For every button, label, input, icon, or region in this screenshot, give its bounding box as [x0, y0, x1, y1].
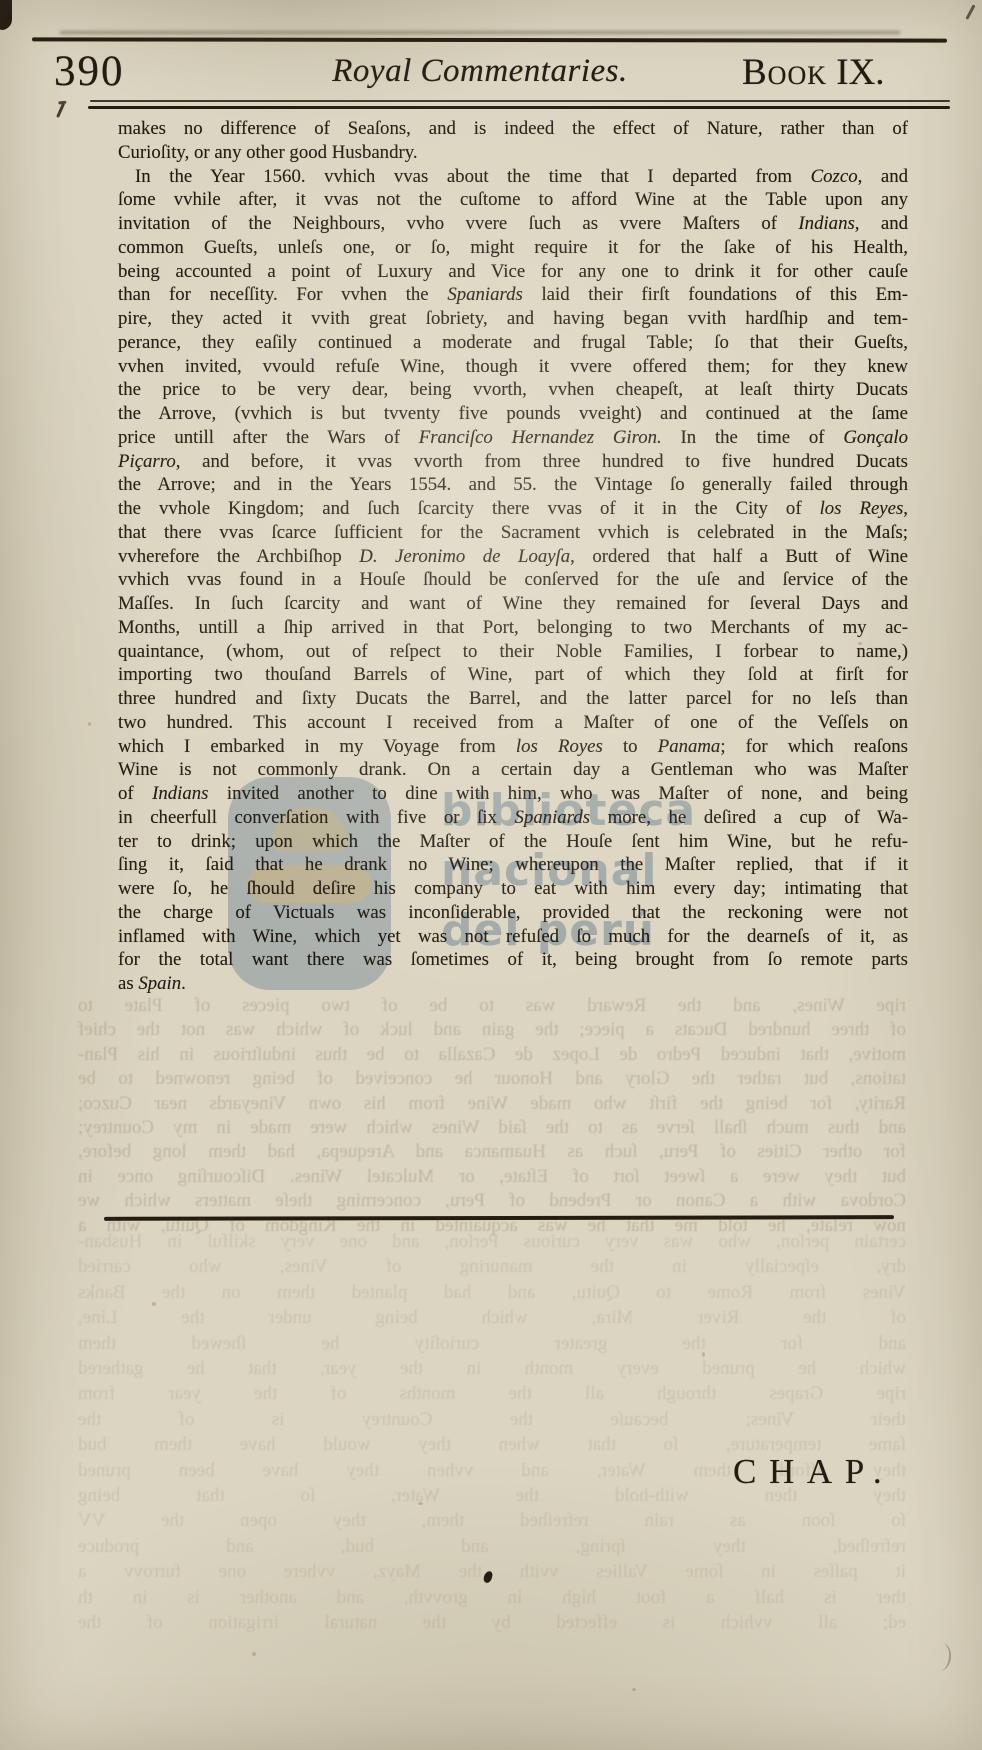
- body-line: price untill after the Wars of Franciſco…: [118, 426, 908, 450]
- body-line: importing two thouſand Barrels of Wine, …: [118, 663, 908, 687]
- foxing-speck: [702, 1352, 705, 1357]
- bleedthrough-line: of three hundred Ducats a piece; the gai…: [78, 1018, 906, 1042]
- body-line: the Arrove, (vvhich is but tvventy five …: [118, 402, 908, 426]
- watermark-line: biblioteca: [441, 781, 696, 841]
- body-line: vvhich vvas found in a Houſe ſhould be c…: [118, 568, 908, 592]
- body-line: common Gueſts, unleſs one, or ſo, might …: [118, 236, 908, 260]
- bleedthrough-upper: ripe Wines, and the Reward was to be of …: [78, 994, 906, 1238]
- bleedthrough-line: of the River Mira, which being under the…: [78, 1305, 906, 1330]
- body-line: ſome vvhile after, it vvas not the cuſto…: [118, 188, 908, 212]
- body-line: In the Year 1560. vvhich vvas about the …: [118, 165, 908, 189]
- body-line: Months, untill a ſhip arrived in that Po…: [118, 616, 908, 640]
- foxing-speck: [858, 642, 862, 645]
- body-line: that there vvas ſcarce ſufficient for th…: [118, 521, 908, 545]
- header-rule-lower: [88, 106, 950, 109]
- top-rule-smudge: [60, 31, 900, 34]
- header-rule-upper: [90, 100, 950, 102]
- body-line: the vvhole Kingdom; and ſuch ſcarcity th…: [118, 497, 908, 521]
- body-line: Wine is not commonly drank. On a certain…: [118, 758, 908, 782]
- bleedthrough-line: certain perſon, who was very curious Per…: [78, 1229, 906, 1254]
- faint-pen-mark: [933, 1642, 953, 1672]
- book-label: Book: [742, 52, 827, 93]
- body-line: Piçarro, and before, it vvas vvorth from…: [118, 450, 908, 474]
- body-line: the price to be very dear, being vvorth,…: [118, 378, 908, 402]
- bleedthrough-line: their Vines; becauſe the Countrey is of …: [78, 1407, 906, 1432]
- top-rule: [32, 37, 947, 42]
- book-numeral: IX.: [836, 52, 884, 93]
- foxing-speck: [632, 1688, 636, 1691]
- bleedthrough-line: but they were a ſweet ſort of Eſtate, or…: [78, 1165, 906, 1189]
- margin-ink-flourish: [56, 103, 65, 118]
- body-line: quaintance, (whom, out of reſpect to the…: [118, 640, 908, 664]
- bleedthrough-line: refreſhed, they ſpring, and bud, and pro…: [78, 1534, 906, 1559]
- foxing-speck: [418, 1502, 423, 1505]
- bleedthrough-line: ripe Grapes through all the months of th…: [78, 1381, 906, 1406]
- body-line: three hundred and ſixty Ducats the Barre…: [118, 687, 908, 711]
- bleedthrough-line: ripe Wines, and the Reward was to be of …: [78, 994, 906, 1018]
- foxing-speck: [152, 1302, 156, 1306]
- bleedthrough-line: ed; all vvhich is effected by the natura…: [78, 1610, 906, 1635]
- body-line: Curioſity, or any other good Husbandry.: [118, 141, 908, 165]
- body-line: than for neceſſity. For vvhen the Spania…: [118, 283, 908, 307]
- bleedthrough-line: Vines from Rome to Quitu, and had plante…: [78, 1280, 906, 1305]
- body-line: the Arrove; and in the Years 1554. and 5…: [118, 473, 908, 497]
- body-line: pire, they acted it vvith great ſobriety…: [118, 307, 908, 331]
- bleedthrough-line: ther is half a foot high in grovvth, and…: [78, 1585, 906, 1610]
- body-line: invitation of the Neighbours, vvho vvere…: [118, 212, 908, 236]
- bleedthrough-line: Rarity, for being the firſt who made Win…: [78, 1092, 906, 1116]
- book-header: Book IX.: [742, 51, 885, 94]
- body-line: vvhen invited, vvould refuſe Wine, thoug…: [118, 355, 908, 379]
- bleedthrough-line: dry, eſpecially in the manuring of Vines…: [78, 1254, 906, 1279]
- body-line: as Spain.: [118, 972, 908, 996]
- library-watermark-text: biblioteca nacional del perú: [441, 781, 696, 961]
- watermark-line: del perú: [441, 901, 696, 961]
- bleedthrough-line: Cordova with a Canon or Prebend of Peru,…: [78, 1189, 906, 1213]
- body-line: perance, they eaſily continued a moderat…: [118, 331, 908, 355]
- body-line: being accounted a point of Luxury and Vi…: [118, 260, 908, 284]
- bleedthrough-line: tations, but rather the Glory and Honour…: [78, 1067, 906, 1091]
- body-line: vvherefore the Archbiſhop D. Jeronimo de…: [118, 545, 908, 569]
- bleedthrough-line: and for the greater curioſity he ſhewed …: [78, 1331, 906, 1356]
- corner-ink-blot: [0, 0, 12, 30]
- bleedthrough-line: motive, that induced Pedro de Lopez de C…: [78, 1043, 906, 1067]
- page-number: 390: [54, 47, 125, 96]
- body-line: Maſſes. In ſuch ſcarcity and want of Win…: [118, 592, 908, 616]
- chapter-catchword: CHAP.: [733, 1452, 894, 1492]
- bleedthrough-line: and thus much ſhall ſerve as to the ſaid…: [78, 1116, 906, 1140]
- body-line: makes no difference of Seaſons, and is i…: [118, 117, 908, 141]
- corner-ink-tick: [965, 4, 975, 19]
- foxing-speck: [252, 1652, 256, 1656]
- body-line: two hundred. This account I received fro…: [118, 711, 908, 735]
- book-page-scan: 390 Royal Commentaries. Book IX. ripe Wi…: [0, 0, 982, 1750]
- library-stamp-icon: [228, 777, 391, 990]
- foxing-speck: [88, 722, 91, 726]
- watermark-line: nacional: [441, 841, 696, 901]
- bleedthrough-line: for other Cities of Peru, ſuch as Huaman…: [78, 1140, 906, 1164]
- body-line: which I embarked in my Voyage from los R…: [118, 735, 908, 759]
- running-title: Royal Commentaries.: [290, 53, 670, 90]
- bleedthrough-line: ſo ſoon as rain refreſhed them, they ope…: [78, 1508, 906, 1533]
- bleedthrough-line: which he pruned every month in the year,…: [78, 1356, 906, 1381]
